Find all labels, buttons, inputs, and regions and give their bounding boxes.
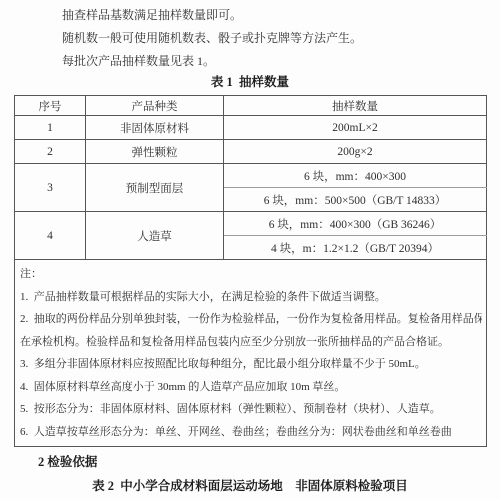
note-line: 在承检机构。检验样品和复检备用样品包装内应至少分别放一张所抽样品的产品合格证。 (20, 331, 482, 354)
cell-seq: 3 (15, 164, 86, 212)
note-line: 5. 按形态分为：非固体原材料、固体原材料（弹性颗粒）、预制卷材（块材）、人造草… (20, 398, 482, 421)
notes-label: 注： (20, 263, 482, 286)
table1-caption: 表 1 抽样数量 (0, 72, 500, 90)
table-row: 1 非固体原材料 200mL×2 (15, 116, 487, 140)
cell-quantity: 6 块，mm：500×500（GB/T 14833） (224, 188, 487, 212)
paragraph-sample-base: 抽查样品基数满足抽样数量即可。 (62, 7, 242, 23)
table1-notes-row: 注： 1. 产品抽样数量可根据样品的实际大小，在满足检验的条件下做适当调整。 2… (15, 260, 487, 447)
cell-product-type: 非固体原材料 (86, 116, 224, 140)
paragraph-see-table1: 每批次产品抽样数量见表 1。 (62, 53, 215, 69)
cell-product-type: 弹性颗粒 (86, 140, 224, 164)
table-row: 2 弹性颗粒 200g×2 (15, 140, 487, 164)
header-product-type: 产品种类 (86, 96, 224, 116)
table1-sampling-quantity: 序号 产品种类 抽样数量 1 非固体原材料 200mL×2 2 弹性颗粒 200… (14, 95, 487, 447)
note-line: 2. 抽取的两份样品分别单独封装，一份作为检验样品，一份作为复检备用样品。复检备… (20, 308, 482, 331)
note-line: 1. 产品抽样数量可根据样品的实际大小，在满足检验的条件下做适当调整。 (20, 286, 482, 309)
cell-seq: 4 (15, 212, 86, 260)
header-sample-quantity: 抽样数量 (224, 96, 487, 116)
note-line: 3. 多组分非固体原材料应按照配比取每种组分，配比最小组分取样量不少于 50mL… (20, 353, 482, 376)
cell-product-type: 预制型面层 (86, 164, 224, 212)
document-page: 抽查样品基数满足抽样数量即可。 随机数一般可使用随机数表、骰子或扑克牌等方法产生… (0, 0, 500, 500)
cell-quantity: 6 块，mm：400×300 (224, 164, 487, 188)
cell-quantity: 200mL×2 (224, 116, 487, 140)
note-line: 4. 固体原材料草丝高度小于 30mm 的人造草产品应加取 10m 草丝。 (20, 376, 482, 399)
cell-seq: 1 (15, 116, 86, 140)
table1-header-row: 序号 产品种类 抽样数量 (15, 96, 487, 116)
cell-quantity: 200g×2 (224, 140, 487, 164)
cell-quantity: 6 块，mm：400×300（GB 36246） (224, 212, 487, 236)
header-seq: 序号 (15, 96, 86, 116)
cell-seq: 2 (15, 140, 86, 164)
table1-notes: 注： 1. 产品抽样数量可根据样品的实际大小，在满足检验的条件下做适当调整。 2… (15, 260, 487, 447)
cell-product-type: 人造草 (86, 212, 224, 260)
paragraph-random-number: 随机数一般可使用随机数表、骰子或扑克牌等方法产生。 (62, 30, 362, 46)
section-heading-inspection-basis: 2 检验依据 (38, 452, 97, 470)
cell-quantity: 4 块，m：1.2×1.2（GB/T 20394） (224, 236, 487, 260)
table-row: 4 人造草 6 块，mm：400×300（GB 36246） (15, 212, 487, 236)
table-row: 3 预制型面层 6 块，mm：400×300 (15, 164, 487, 188)
table2-caption: 表 2 中小学合成材料面层运动场地 非固体原料检验项目 (0, 476, 500, 494)
note-line: 6. 人造草按草丝形态分为：单丝、开网丝、卷曲丝；卷曲丝分为：网状卷曲丝和单丝卷… (20, 421, 482, 444)
